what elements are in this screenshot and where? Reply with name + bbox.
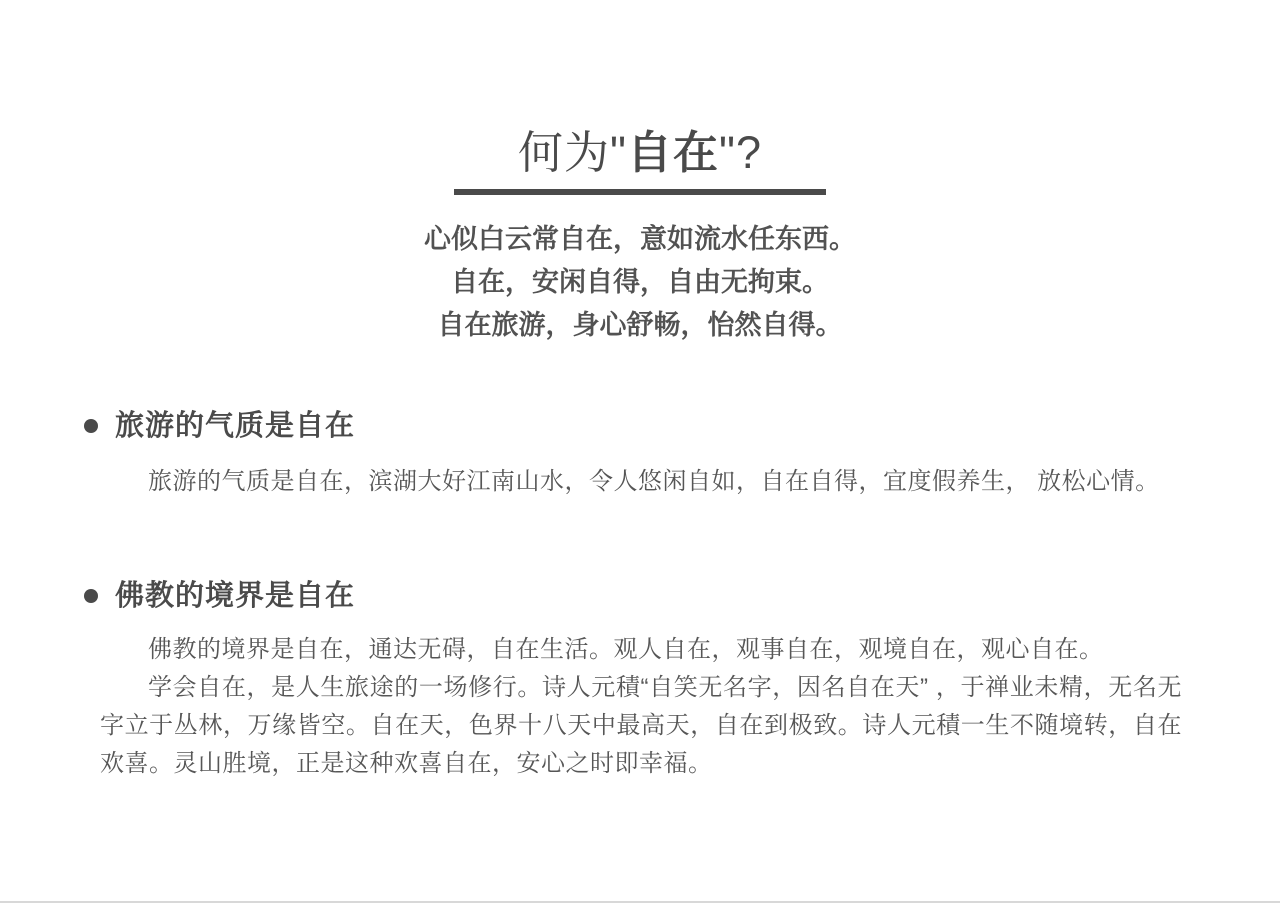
subtitle-line-2: 自在，安闲自得，自由无拘束。 [0,261,1280,304]
section-travel-heading-row: 旅游的气质是自在 [0,409,1280,443]
section-travel-heading: 旅游的气质是自在 [115,409,355,443]
subtitle-line-3: 自在旅游，身心舒畅，怡然自得。 [0,304,1280,347]
subtitle-line-1: 心似白云常自在，意如流水任东西。 [0,218,1280,261]
bullet-dot-icon [84,419,98,433]
title-open-quote: " [610,127,627,178]
title-underline-bar [454,189,826,195]
section-buddhism-heading: 佛教的境界是自在 [115,579,355,613]
title-prefix: 何为 [518,127,610,178]
page-title: 何为"自在"? [0,126,1280,180]
section-buddhism: 佛教的境界是自在 佛教的境界是自在，通达无碍，自在生活。观人自在，观事自在，观境… [0,579,1280,783]
title-emphasis: 自在 [627,127,719,178]
section-buddhism-paragraph-1: 佛教的境界是自在，通达无碍，自在生活。观人自在，观事自在，观境自在，观心自在。 [0,631,1280,669]
slide-header: 何为"自在"? 心似白云常自在，意如流水任东西。 自在，安闲自得，自由无拘束。 … [0,0,1280,347]
title-question-mark: ? [736,127,762,178]
section-buddhism-heading-row: 佛教的境界是自在 [0,579,1280,613]
slide-page: 何为"自在"? 心似白云常自在，意如流水任东西。 自在，安闲自得，自由无拘束。 … [0,0,1280,903]
section-buddhism-paragraph-2: 学会自在，是人生旅途的一场修行。诗人元積“自笑无名字，因名自在天” ，于禅业未精… [0,669,1280,783]
section-travel: 旅游的气质是自在 旅游的气质是自在，滨湖大好江南山水，令人悠闲自如，自在自得，宜… [0,409,1280,501]
section-travel-paragraph: 旅游的气质是自在，滨湖大好江南山水，令人悠闲自如，自在自得，宜度假养生， 放松心… [0,463,1280,501]
bullet-dot-icon [84,589,98,603]
title-close-quote: " [719,127,736,178]
